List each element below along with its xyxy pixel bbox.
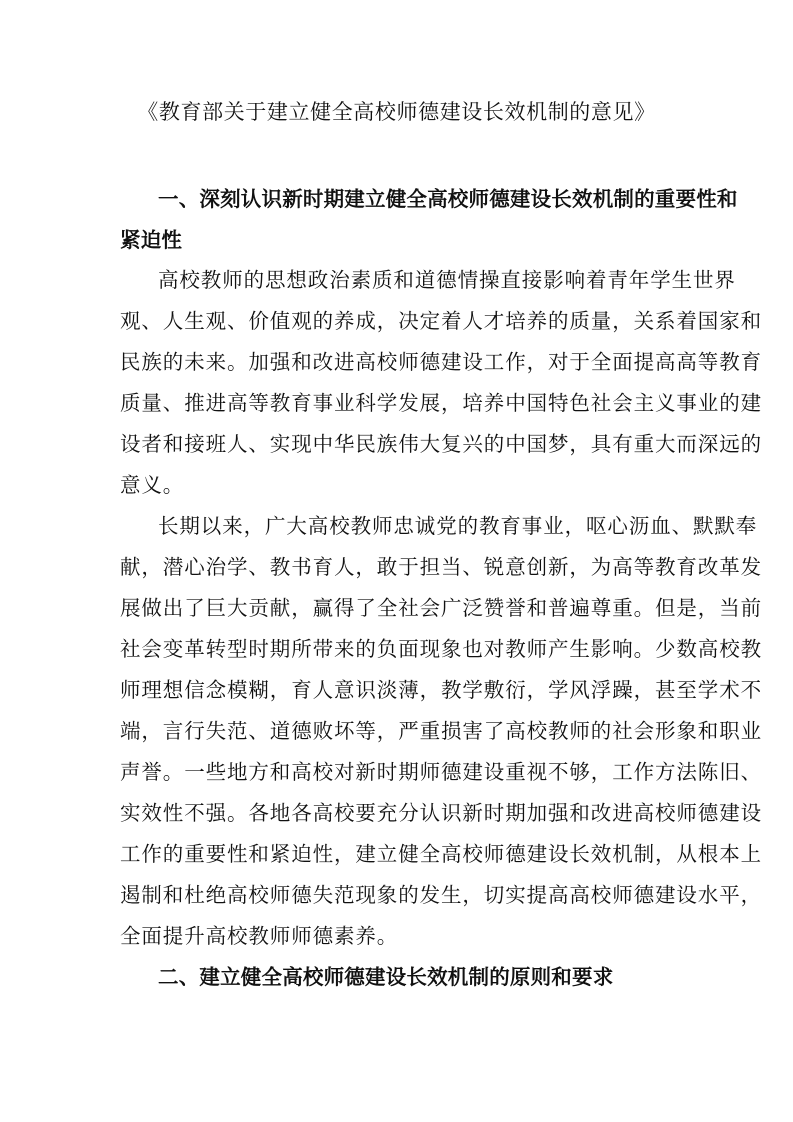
document-title: 《教育部关于建立健全高校师德建设长效机制的意见》 [0, 98, 793, 126]
paragraph-line: 意义。 [120, 471, 686, 499]
paragraph-line: 工作的重要性和紧迫性，建立健全高校师德建设长效机制，从根本上 [120, 840, 686, 868]
paragraph-line: 献，潜心治学、教书育人，敢于担当、锐意创新，为高等教育改革发 [120, 553, 686, 581]
paragraph-line: 师理想信念模糊，育人意识淡薄，教学敷衍，学风浮躁，甚至学术不 [120, 676, 686, 704]
paragraph-line: 遏制和杜绝高校师德失范现象的发生，切实提高高校师德建设水平， [120, 881, 686, 909]
section-heading-line: 一、深刻认识新时期建立健全高校师德建设长效机制的重要性和 [158, 185, 686, 213]
paragraph-line: 声誉。一些地方和高校对新时期师德建设重视不够，工作方法陈旧、 [120, 758, 686, 786]
document-page: 《教育部关于建立健全高校师德建设长效机制的意见》 一、深刻认识新时期建立健全高校… [0, 0, 793, 1122]
paragraph-line: 社会变革转型时期所带来的负面现象也对教师产生影响。少数高校教 [120, 635, 686, 663]
section-heading-line: 二、建立健全高校师德建设长效机制的原则和要求 [158, 963, 686, 991]
paragraph-line: 全面提升高校教师师德素养。 [120, 922, 686, 950]
paragraph-line: 设者和接班人、实现中华民族伟大复兴的中国梦，具有重大而深远的 [120, 430, 686, 458]
paragraph-line: 展做出了巨大贡献，赢得了全社会广泛赞誉和普遍尊重。但是，当前 [120, 594, 686, 622]
paragraph-line: 高校教师的思想政治素质和道德情操直接影响着青年学生世界 [158, 266, 686, 294]
paragraph-line: 质量、推进高等教育事业科学发展，培养中国特色社会主义事业的建 [120, 389, 686, 417]
paragraph-line: 端，言行失范、道德败坏等，严重损害了高校教师的社会形象和职业 [120, 717, 686, 745]
paragraph-line: 民族的未来。加强和改进高校师德建设工作，对于全面提高高等教育 [120, 348, 686, 376]
paragraph-line: 实效性不强。各地各高校要充分认识新时期加强和改进高校师德建设 [120, 799, 686, 827]
paragraph-line: 长期以来，广大高校教师忠诚党的教育事业，呕心沥血、默默奉 [158, 512, 686, 540]
paragraph-line: 观、人生观、价值观的养成，决定着人才培养的质量，关系着国家和 [120, 307, 686, 335]
section-heading-line: 紧迫性 [120, 226, 686, 254]
